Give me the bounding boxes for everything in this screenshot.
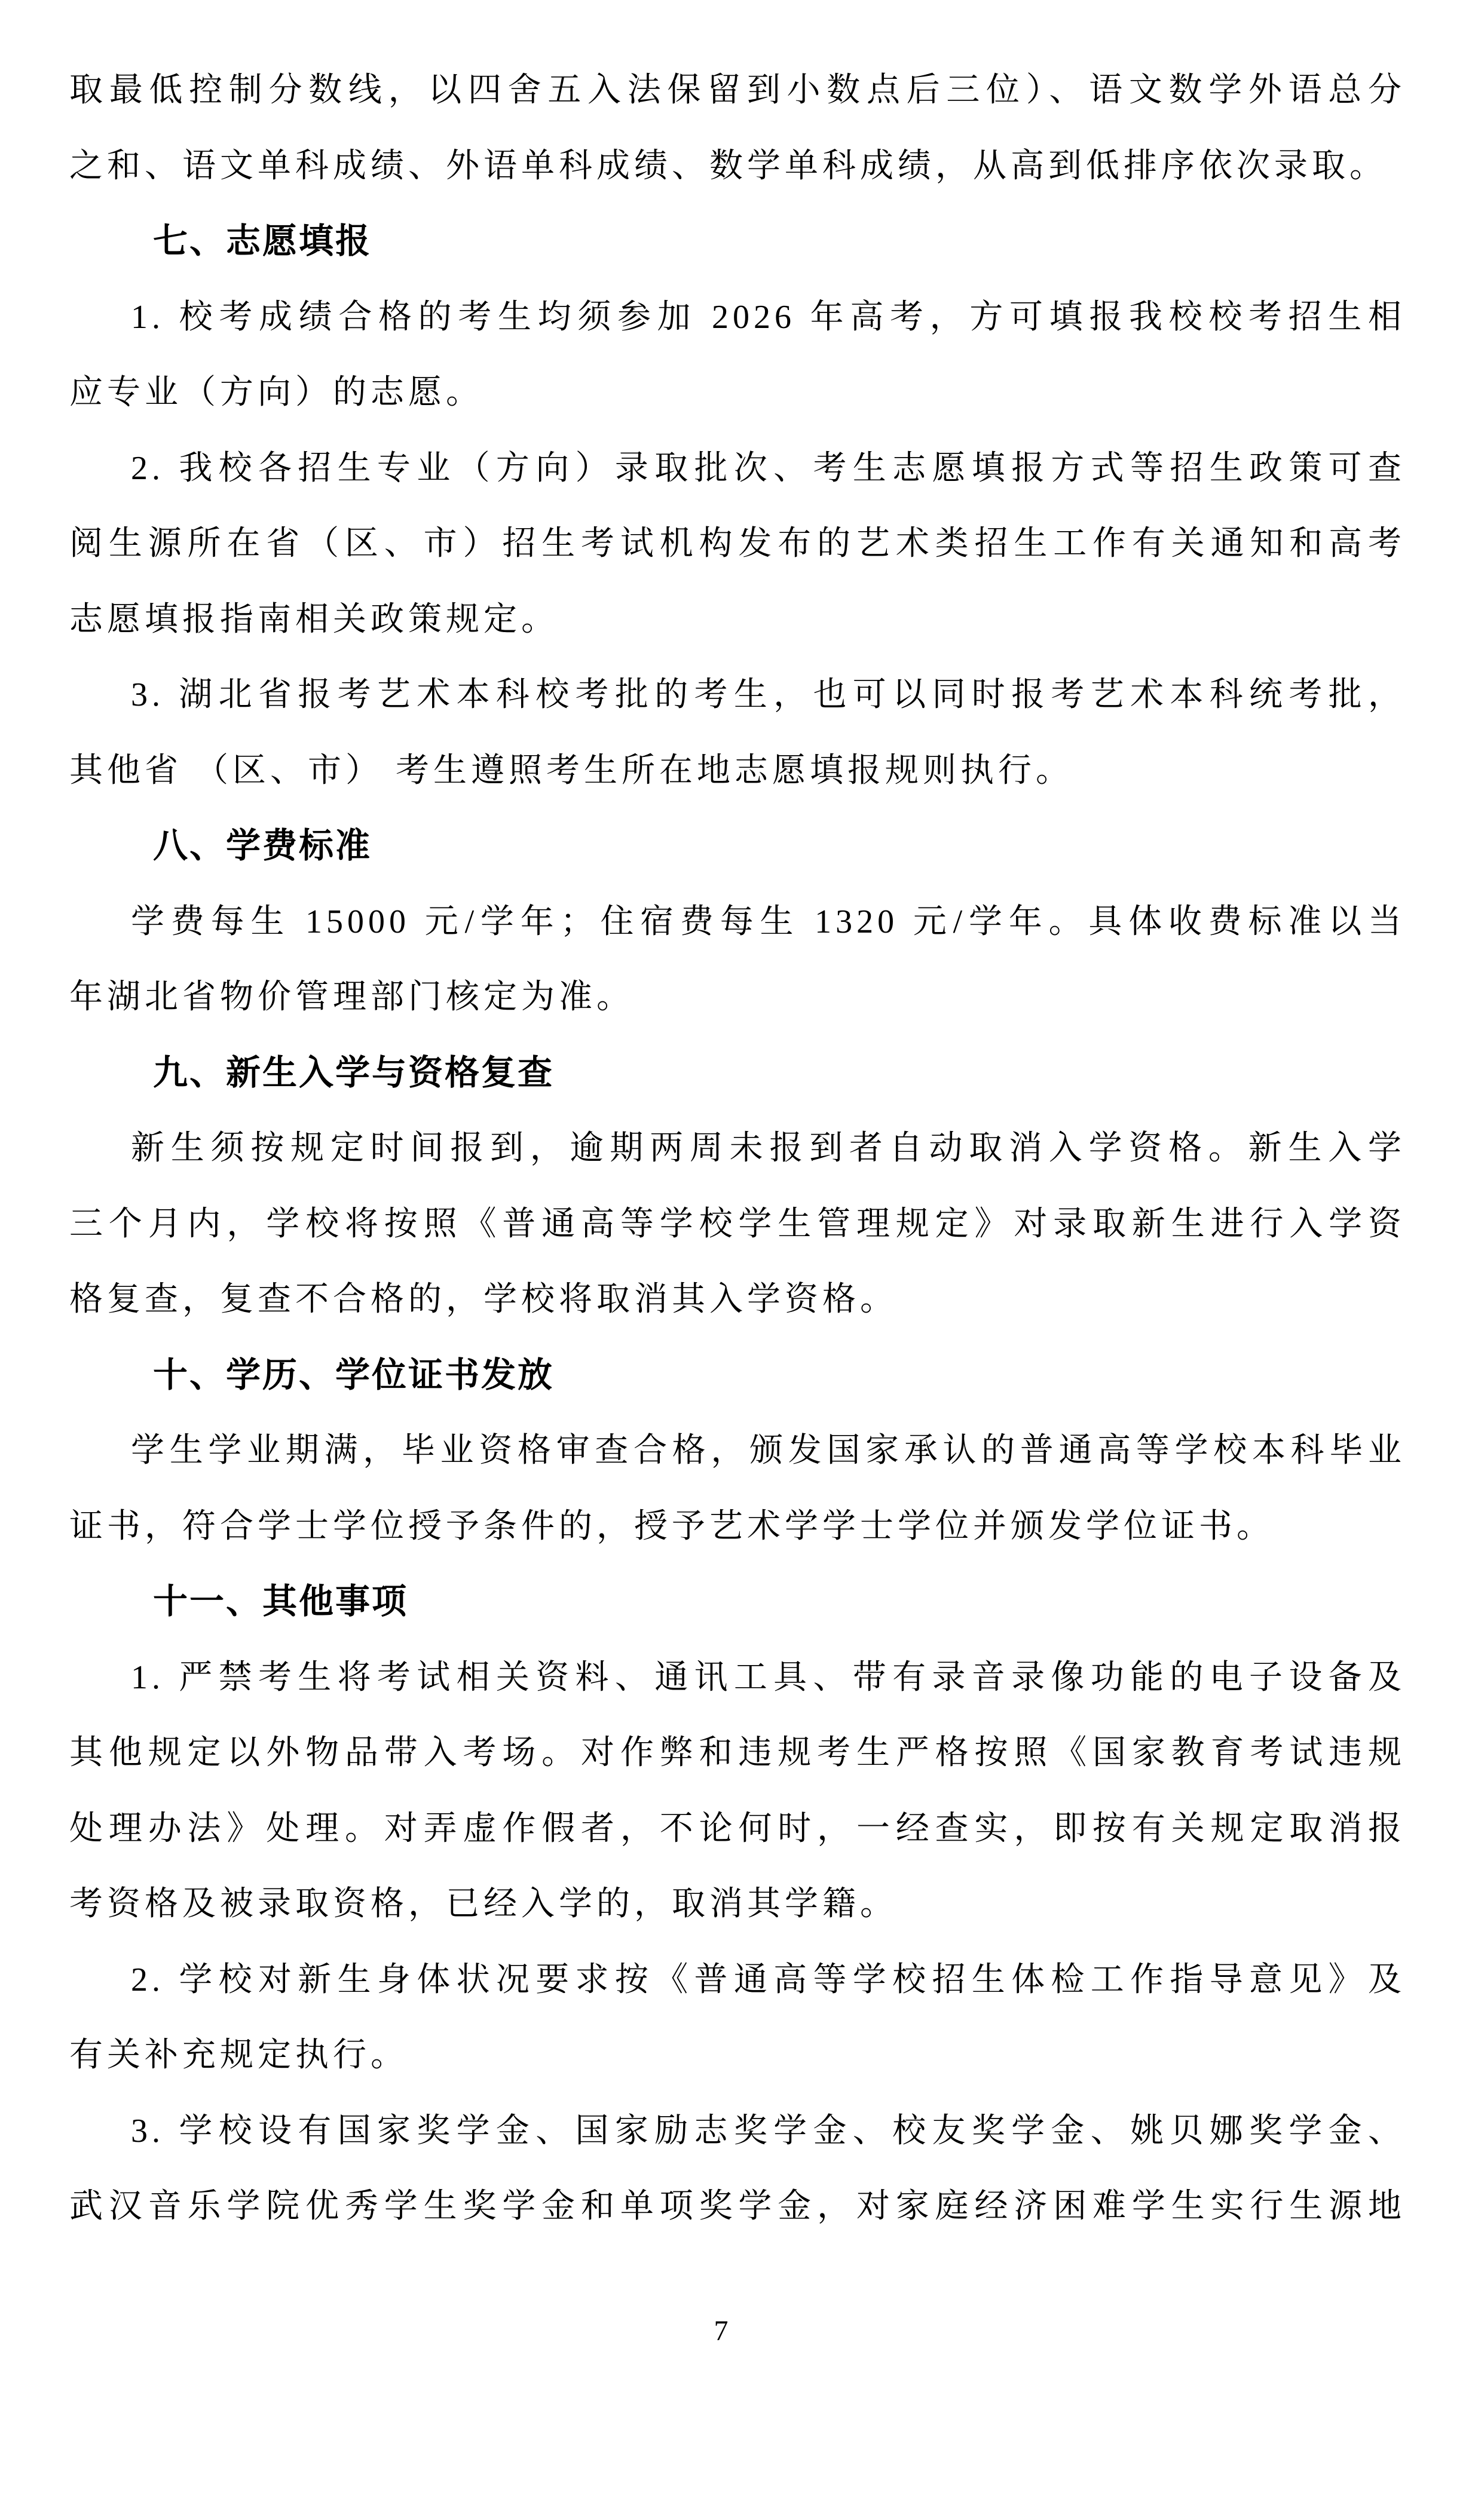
text-line: 阅生源所在省（区、市）招生考试机构发布的艺术类招生工作有关通知和高考 — [69, 506, 1406, 582]
text-line: 其他规定以外物品带入考场。对作弊和违规考生严格按照《国家教育考试违规 — [69, 1715, 1406, 1791]
text-line: 2. 学校对新生身体状况要求按《普通高等学校招生体检工作指导意见》及 — [69, 1942, 1406, 2018]
text-line: 考资格及被录取资格，已经入学的，取消其学籍。 — [69, 1866, 1406, 1942]
text-line: 新生须按规定时间报到，逾期两周未报到者自动取消入学资格。新生入学 — [69, 1111, 1406, 1187]
text-line: 处理办法》处理。对弄虚作假者，不论何时，一经查实，即按有关规定取消报 — [69, 1791, 1406, 1867]
text-line: 2. 我校各招生专业（方向）录取批次、考生志愿填报方式等招生政策可查 — [69, 431, 1406, 507]
document-page: 取最低控制分数线，以四舍五入法保留到小数点后三位）、语文数学外语总分之和、语文单… — [0, 0, 1466, 2520]
text-line: 年湖北省物价管理部门核定为准。 — [69, 959, 1406, 1035]
text-line: 之和、语文单科成绩、外语单科成绩、数学单科成绩，从高到低排序依次录取。 — [69, 128, 1406, 204]
text-line: 应专业（方向）的志愿。 — [69, 355, 1406, 431]
text-line: 学费每生 15000 元/学年；住宿费每生 1320 元/学年。具体收费标准以当 — [69, 884, 1406, 960]
text-line: 格复查，复查不合格的，学校将取消其入学资格。 — [69, 1262, 1406, 1338]
text-line: 三个月内，学校将按照《普通高等学校学生管理规定》对录取新生进行入学资 — [69, 1187, 1406, 1262]
section-heading: 七、志愿填报 — [69, 204, 1406, 280]
text-line: 志愿填报指南相关政策规定。 — [69, 582, 1406, 658]
text-line: 1. 校考成绩合格的考生均须参加 2026 年高考，方可填报我校校考招生相 — [69, 280, 1406, 355]
text-line: 3. 湖北省报考艺术本科校考批的考生，也可以同时报考艺术本科统考批， — [69, 657, 1406, 733]
section-heading: 九、新生入学与资格复查 — [69, 1035, 1406, 1111]
text-line: 取最低控制分数线，以四舍五入法保留到小数点后三位）、语文数学外语总分 — [69, 53, 1406, 128]
text-line: 有关补充规定执行。 — [69, 2018, 1406, 2093]
section-heading: 十一、其他事项 — [69, 1564, 1406, 1640]
section-heading: 十、学历、学位证书发放 — [69, 1338, 1406, 1414]
page-content: 取最低控制分数线，以四舍五入法保留到小数点后三位）、语文数学外语总分之和、语文单… — [69, 53, 1406, 2245]
text-line: 学生学业期满，毕业资格审查合格，颁发国家承认的普通高等学校本科毕业 — [69, 1413, 1406, 1489]
text-line: 武汉音乐学院优秀学生奖学金和单项奖学金，对家庭经济困难学生实行生源地 — [69, 2169, 1406, 2245]
section-heading: 八、学费标准 — [69, 808, 1406, 884]
page-number: 7 — [0, 2313, 1442, 2349]
text-line: 1. 严禁考生将考试相关资料、通讯工具、带有录音录像功能的电子设备及 — [69, 1640, 1406, 1716]
text-line: 证书，符合学士学位授予条件的，授予艺术学学士学位并颁发学位证书。 — [69, 1489, 1406, 1565]
text-line: 其他省 （区、市） 考生遵照考生所在地志愿填报规则执行。 — [69, 733, 1406, 809]
text-line: 3. 学校设有国家奖学金、国家励志奖学金、校友奖学金、姚贝娜奖学金、 — [69, 2093, 1406, 2169]
